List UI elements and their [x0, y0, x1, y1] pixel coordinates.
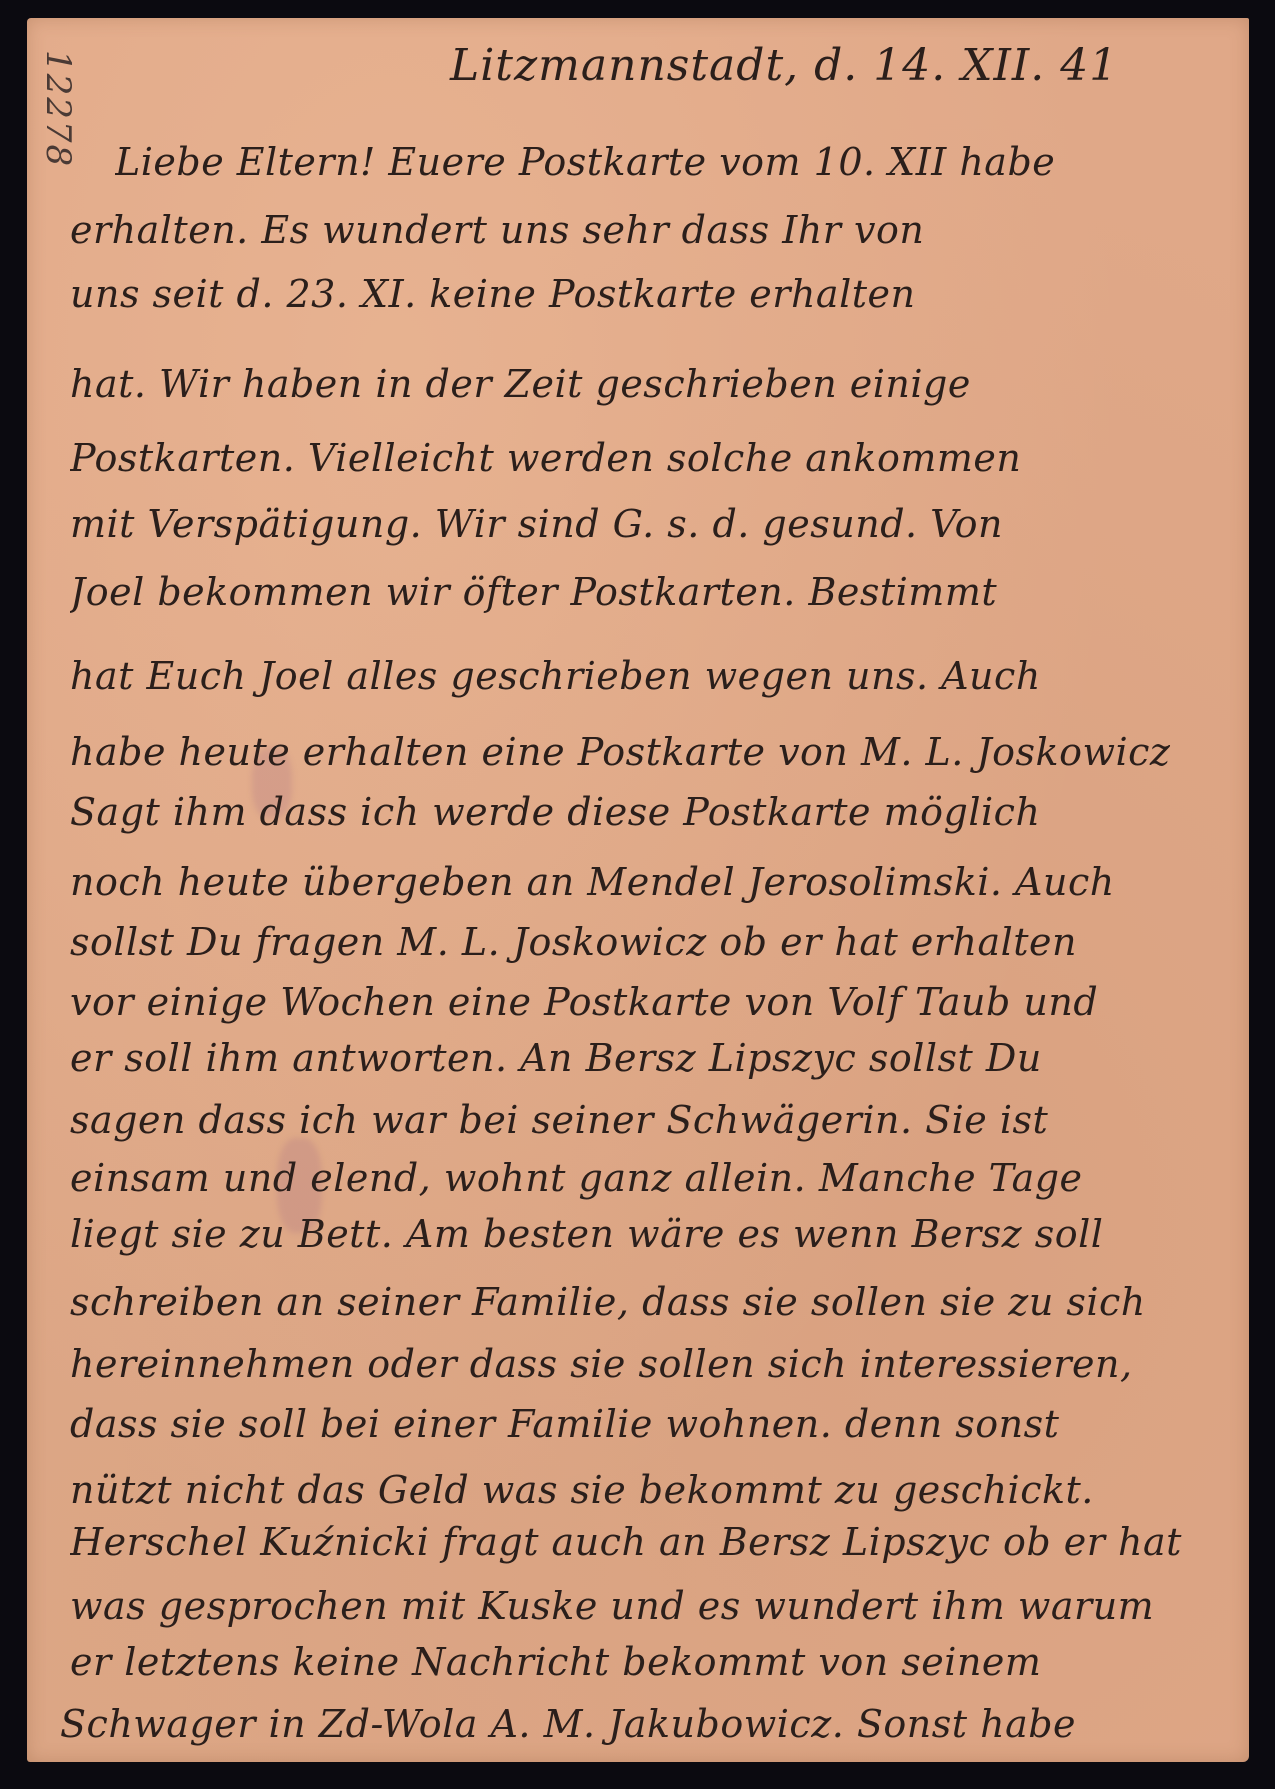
letter-line: sollst Du fragen M. L. Joskowicz ob er h…: [70, 920, 1230, 964]
letter-line: hat Euch Joel alles geschrieben wegen un…: [70, 654, 1230, 698]
letter-line: nützt nicht das Geld was sie bekommt zu …: [70, 1468, 1230, 1512]
letter-line: erhalten. Es wundert uns sehr dass Ihr v…: [70, 208, 1230, 252]
letter-line: Herschel Kuźnicki fragt auch an Bersz Li…: [70, 1520, 1230, 1564]
letter-line: Schwager in Zd-Wola A. M. Jakubowicz. So…: [60, 1702, 1220, 1746]
scanned-postcard: 12278 Litzmannstadt, d. 14. XII. 41 Lieb…: [0, 0, 1275, 1789]
letter-line: habe heute erhalten eine Postkarte von M…: [70, 730, 1230, 774]
letter-line: dass sie soll bei einer Familie wohnen. …: [70, 1402, 1230, 1446]
letter-line: einsam und elend, wohnt ganz allein. Man…: [70, 1156, 1230, 1200]
letter-line: noch heute übergeben an Mendel Jerosolim…: [70, 860, 1230, 904]
letter-line: hat. Wir haben in der Zeit geschrieben e…: [70, 362, 1230, 406]
letter-line: sagen dass ich war bei seiner Schwägerin…: [70, 1098, 1230, 1142]
letter-line: mit Verspätigung. Wir sind G. s. d. gesu…: [70, 502, 1230, 546]
letter-line: schreiben an seiner Familie, dass sie so…: [70, 1280, 1230, 1324]
letter-line: er soll ihm antworten. An Bersz Lipszyc …: [70, 1036, 1230, 1080]
dateline: Litzmannstadt, d. 14. XII. 41: [450, 40, 1118, 91]
letter-line: Liebe Eltern! Euere Postkarte vom 10. XI…: [115, 140, 1275, 184]
letter-line: Sagt ihm dass ich werde diese Postkarte …: [70, 790, 1230, 834]
letter-line: hereinnehmen oder dass sie sollen sich i…: [70, 1342, 1230, 1386]
letter-line: was gesprochen mit Kuske und es wundert …: [70, 1584, 1230, 1628]
letter-line: uns seit d. 23. XI. keine Postkarte erha…: [70, 272, 1230, 316]
letter-line: vor einige Wochen eine Postkarte von Vol…: [70, 980, 1230, 1024]
letter-line: er letztens keine Nachricht bekommt von …: [70, 1640, 1230, 1684]
letter-line: Postkarten. Vielleicht werden solche ank…: [70, 436, 1230, 480]
archive-number: 12278: [38, 50, 78, 200]
letter-line: liegt sie zu Bett. Am besten wäre es wen…: [70, 1212, 1230, 1256]
letter-line: Joel bekommen wir öfter Postkarten. Best…: [70, 570, 1230, 614]
